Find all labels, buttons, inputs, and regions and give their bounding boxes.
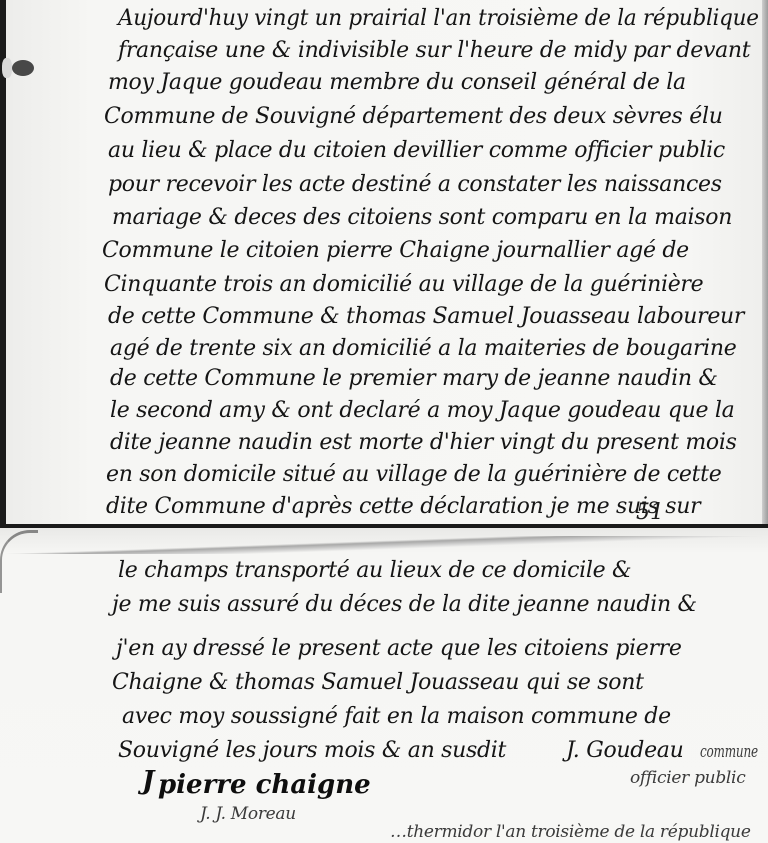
record-line-14: dite jeanne naudin est morte d'hier ving… [110, 430, 737, 455]
record-line-11: agé de trente six an domicilié a la mait… [110, 336, 737, 361]
record-line-8: Commune le citoien pierre Chaigne journa… [102, 238, 689, 263]
record-page-bottom: le champs transporté au lieux de ce domi… [0, 528, 768, 843]
record-line-3: moy Jaque goudeau membre du conseil géné… [108, 70, 686, 95]
record-line-21: avec moy soussigné fait en la maison com… [122, 704, 671, 729]
record-line-2: française une & indivisible sur l'heure … [118, 38, 750, 63]
record-line-16: dite Commune d'après cette déclaration j… [106, 494, 700, 519]
record-line-13: le second amy & ont declaré a moy Jaque … [110, 398, 734, 423]
paper-tear [2, 58, 12, 78]
scan-right-edge [762, 0, 768, 525]
record-page-top: Aujourd'huy vingt un prairial l'an trois… [0, 0, 768, 525]
ink-blot [12, 60, 34, 76]
witness-signature: pierre chaigne [158, 770, 371, 800]
record-line-10: de cette Commune & thomas Samuel Jouasse… [108, 304, 744, 329]
record-line-9: Cinquante trois an domicilié au village … [104, 272, 703, 297]
next-entry-start: …thermidor l'an troisième de la républiq… [390, 822, 751, 842]
record-line-12: de cette Commune le premier mary de jean… [110, 366, 718, 391]
next-entry-signature: J. J. Moreau [200, 804, 296, 824]
record-line-1: Aujourd'huy vingt un prairial l'an trois… [118, 6, 759, 31]
record-line-15: en son domicile situé au village de la g… [106, 462, 721, 487]
paper-fold [0, 536, 768, 554]
record-line-4: Commune de Souvigné département des deux… [104, 104, 723, 129]
official-signature: J. Goudeau [566, 738, 683, 763]
scan-left-edge [0, 0, 6, 525]
record-line-5: au lieu & place du citoien devillier com… [108, 138, 725, 163]
record-line-17: le champs transporté au lieux de ce domi… [118, 558, 631, 583]
official-title: officier public [630, 768, 745, 788]
record-line-20: Chaigne & thomas Samuel Jouasseau qui se… [112, 670, 644, 695]
record-line-6: pour recevoir les acte destiné a constat… [108, 172, 722, 197]
witness-initial: J [142, 766, 154, 796]
folio-number: 51 [636, 500, 664, 525]
official-title-commune: commune [700, 742, 758, 762]
record-line-18: je me suis assuré du déces de la dite je… [112, 592, 697, 617]
record-line-7: mariage & deces des citoiens sont compar… [112, 205, 732, 230]
record-line-22: Souvigné les jours mois & an susdit [118, 738, 506, 763]
record-line-19: j'en ay dressé le present acte que les c… [116, 636, 682, 661]
